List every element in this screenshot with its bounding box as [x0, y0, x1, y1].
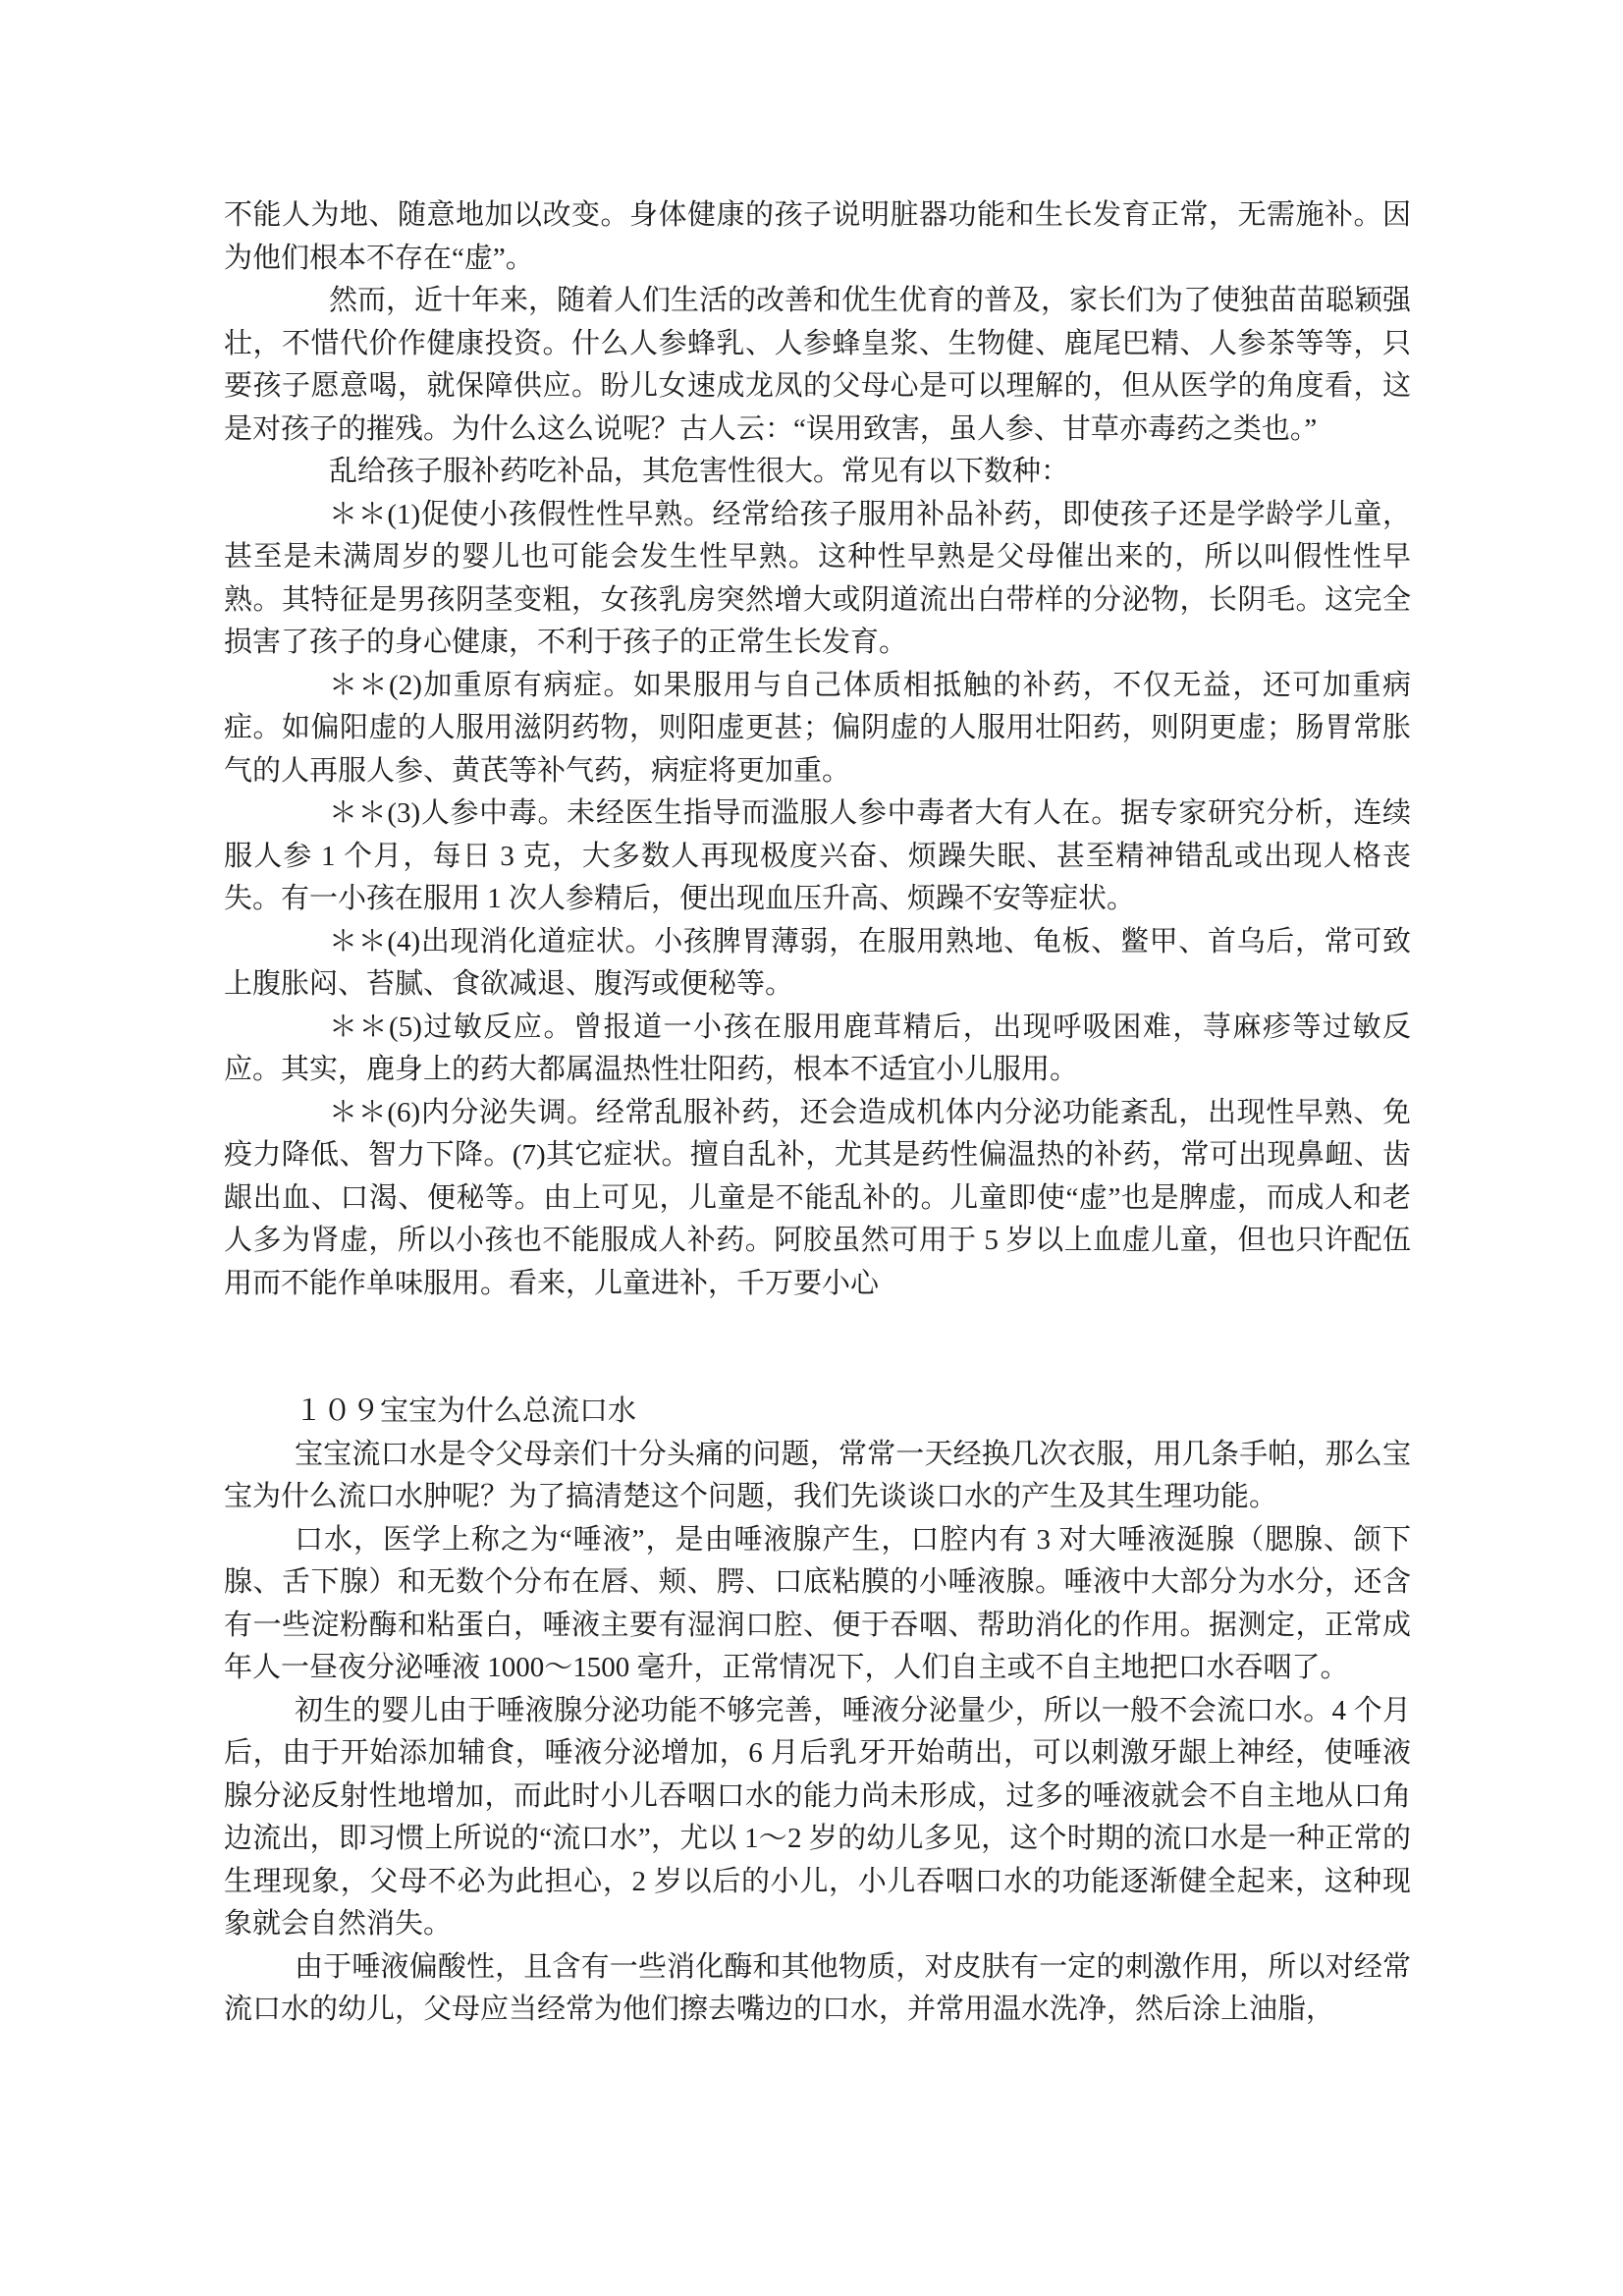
- paragraph: 初生的婴儿由于唾液腺分泌功能不够完善，唾液分泌量少，所以一般不会流口水。4 个月…: [224, 1690, 1411, 1946]
- paragraph-item-3: ＊＊(3)人参中毒。未经医生指导而滥服人参中毒者大有人在。据专家研究分析，连续服…: [224, 793, 1411, 921]
- paragraph: 乱给孩子服补药吃补品，其危害性很大。常见有以下数种：: [224, 451, 1411, 494]
- section-title: １０９宝宝为什么总流口水: [224, 1391, 1411, 1434]
- paragraph-item-2: ＊＊(2)加重原有病症。如果服用与自己体质相抵触的补药，不仅无益，还可加重病症。…: [224, 665, 1411, 793]
- paragraph: 宝宝流口水是令父母亲们十分头痛的问题，常常一天经换几次衣服，用几条手帕，那么宝宝…: [224, 1434, 1411, 1519]
- paragraph: 口水，医学上称之为“唾液”，是由唾液腺产生，口腔内有 3 对大唾液涎腺（腮腺、颌…: [224, 1519, 1411, 1690]
- paragraph-item-5: ＊＊(5)过敏反应。曾报道一小孩在服用鹿茸精后，出现呼吸困难，荨麻疹等过敏反应。…: [224, 1007, 1411, 1092]
- document-page: 不能人为地、随意地加以改变。身体健康的孩子说明脏器功能和生长发育正常，无需施补。…: [0, 0, 1623, 2296]
- section-drooling: １０９宝宝为什么总流口水 宝宝流口水是令父母亲们十分头痛的问题，常常一天经换几次…: [224, 1391, 1411, 2032]
- paragraph: 由于唾液偏酸性，且含有一些消化酶和其他物质，对皮肤有一定的刺激作用，所以对经常流…: [224, 1946, 1411, 2032]
- paragraph-continuation: 不能人为地、随意地加以改变。身体健康的孩子说明脏器功能和生长发育正常，无需施补。…: [224, 194, 1411, 280]
- paragraph-item-4: ＊＊(4)出现消化道症状。小孩脾胃薄弱，在服用熟地、龟板、鳖甲、首乌后，常可致上…: [224, 921, 1411, 1007]
- section-tonics: 不能人为地、随意地加以改变。身体健康的孩子说明脏器功能和生长发育正常，无需施补。…: [224, 194, 1411, 1305]
- paragraph-item-1: ＊＊(1)促使小孩假性性早熟。经常给孩子服用补品补药，即使孩子还是学龄学儿童，甚…: [224, 494, 1411, 665]
- paragraph-item-6: ＊＊(6)内分泌失调。经常乱服补药，还会造成机体内分泌功能紊乱，出现性早熟、免疫…: [224, 1092, 1411, 1306]
- paragraph: 然而，近十年来，随着人们生活的改善和优生优育的普及，家长们为了使独苗苗聪颖强壮，…: [224, 280, 1411, 451]
